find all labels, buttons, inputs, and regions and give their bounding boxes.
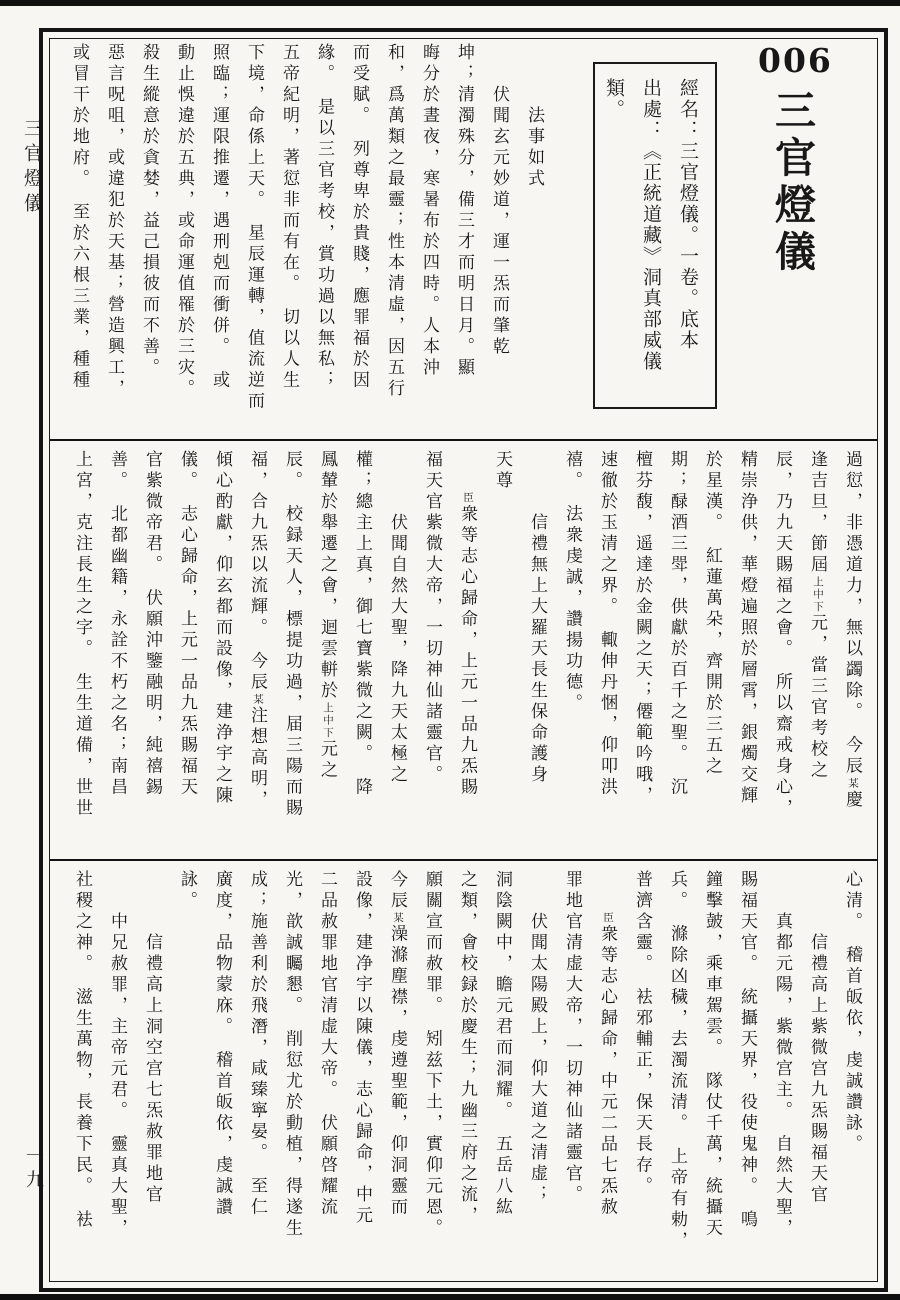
text-column: 和，爲萬類之最靈；性本清虛，因五行 [377, 43, 412, 437]
text-column: 鳳輦於舉遷之會，迴雲軿於上中下元之 [310, 450, 345, 855]
text-column: 伏聞太陽殿上，仰大道之清虚； [520, 870, 555, 1275]
text-column: 五帝紀明，著愆非而有在。 切以人生 [272, 43, 307, 437]
text-column: 出處：《正統道藏》洞真部威儀 [632, 78, 669, 393]
text-column: 天尊 [485, 450, 520, 855]
section-2-columns: 過愆，非憑道力，無以蠲除。 今辰某慶逢吉旦，節屆上中下元，當三官考校之辰，乃九天… [57, 450, 870, 855]
inner-frame: 006 三官燈儀 經名：三官燈儀。一卷。底本出處：《正統道藏》洞真部威儀類。 法… [49, 38, 878, 1282]
page-code: 006 [758, 41, 833, 80]
text-column: 辰。 校録天人，標提功過，届三陽而賜 [275, 450, 310, 855]
text-column: 上宮，克注長生之字。 生生道備，世世 [65, 450, 100, 855]
small-annotation: 某 [847, 778, 858, 791]
text-column: 詠。 [170, 870, 205, 1275]
text-section-1: 006 三官燈儀 經名：三官燈儀。一卷。底本出處：《正統道藏》洞真部威儀類。 法… [50, 39, 877, 441]
text-column: 伏聞玄元妙道，運一炁而肇乾 [482, 43, 517, 437]
text-column: 今辰某澡滌塵襟，虔遵聖範，仰洞靈而 [380, 870, 415, 1275]
text-section-3: 心清。 稽首皈依，虔誠讚詠。 信禮高上紫微宫九炁賜福天官 真都元陽，紫微宫主。 … [50, 861, 877, 1279]
text-column: 殺生縱意於貪婪，益己損彼而不善。 [132, 43, 167, 437]
main-title: 三官燈儀 [767, 89, 817, 277]
text-column: 於星漢。 紅蓮萬朵，齊開於三五之 [695, 450, 730, 855]
small-annotation: 上中下 [812, 576, 823, 614]
text-column: 速徹於玉清之界。 輙伸丹悃，仰叩洪 [590, 450, 625, 855]
small-annotation: 臣 [462, 492, 473, 505]
text-column: 普濟含靈。 袪邪輔正，保天長存。 [625, 870, 660, 1275]
text-column: 精崇浄供，華燈遍照於層霄，銀燭交輝 [730, 450, 765, 855]
small-annotation: 臣 [602, 912, 613, 925]
text-column: 官紫微帝君。 伏願沖鑒融明，純禧錫 [135, 450, 170, 855]
small-annotation: 上中下 [322, 702, 333, 740]
text-column: 坤；清濁殊分，備三才而明日月。顯 [447, 43, 482, 437]
text-column: 光，歆誠矚懇。 削愆尤於動植，得遂生 [275, 870, 310, 1275]
text-column: 儀。 志心歸命，上元一品九炁賜福天 [170, 450, 205, 855]
text-column: 廣度，品物蒙庥。 稽首皈依，虔誠讚 [205, 870, 240, 1275]
text-column: 願關宣而赦罪。 矧兹下土，實仰元恩。 [415, 870, 450, 1275]
section-1-columns: 法事如式 伏聞玄元妙道，運一炁而肇乾坤；清濁殊分，備三才而明日月。顯晦分於晝夜，… [50, 43, 552, 437]
small-annotation: 某 [252, 694, 263, 707]
text-column: 經名：三官燈儀。一卷。底本 [669, 78, 706, 393]
text-column: 逢吉旦，節屆上中下元，當三官考校之 [800, 450, 835, 855]
text-column: 下境，命係上天。 星辰運轉，值流逆而 [237, 43, 272, 437]
small-annotation: 某 [392, 912, 403, 925]
text-column: 過愆，非憑道力，無以蠲除。 今辰某慶 [835, 450, 870, 855]
text-column: 福天官紫微大帝，一切神仙諸靈官。 [415, 450, 450, 855]
text-column: 真都元陽，紫微宫主。 自然大聖， [765, 870, 800, 1275]
text-column: 兵。 滌除凶穢，去濁流清。 上帝有勅， [660, 870, 695, 1275]
text-column: 傾心酌獻，仰玄都而設像，建浄宇之陳 [205, 450, 240, 855]
text-column: 中兄赦罪，主帝元君。 靈真大聖， [100, 870, 135, 1275]
text-column: 賜福天官。 統攝天界，役使鬼神。 鳴 [730, 870, 765, 1275]
colophon-box: 經名：三官燈儀。一卷。底本出處：《正統道藏》洞真部威儀類。 [593, 62, 717, 409]
text-column: 設像，建净宇以陳儀，志心歸命，中元 [345, 870, 380, 1275]
text-column: 信禮高上洞空宫七炁赦罪地官 [135, 870, 170, 1275]
text-column: 臣衆等志心歸命，中元二品七炁赦 [590, 870, 625, 1275]
text-column: 社稷之神。 滋生萬物，長養下民。 袪 [65, 870, 100, 1275]
text-column: 禧。 法衆虔誠，讚揚功德。 [555, 450, 590, 855]
text-column: 照臨；運限推遷，遇刑剋而衝併。 或 [202, 43, 237, 437]
text-column: 之類，會校録於慶生；九幽三府之流， [450, 870, 485, 1275]
text-column: 惡言呪咀，或違犯於天基；營造興工， [97, 43, 132, 437]
text-column: 成；施善利於飛潛，咸臻寧晏。 至仁 [240, 870, 275, 1275]
text-column: 或冒干於地府。 至於六根三業，種種 [62, 43, 97, 437]
scan-edge-bottom [0, 1294, 900, 1300]
text-column: 法事如式 [517, 43, 552, 437]
text-column: 心清。 稽首皈依，虔誠讚詠。 [835, 870, 870, 1275]
scan-edge-top [0, 0, 900, 6]
text-column: 鐘擊皷，乘車駕雲。 隊仗千萬，統攝天 [695, 870, 730, 1275]
text-column: 辰，乃九天賜福之會。 所以齋戒身心， [765, 450, 800, 855]
scanned-page: 三官燈儀 一九 006 三官燈儀 經名：三官燈儀。一卷。底本出處：《正統道藏》洞… [0, 0, 900, 1300]
text-column: 而受賦。 列尊卑於貴賤，應罪福於因 [342, 43, 377, 437]
text-column: 洞陰闕中，瞻元君而洞耀。 五岳八紘 [485, 870, 520, 1275]
text-column: 福，合九炁以流輝。 今辰某注想高明， [240, 450, 275, 855]
text-column: 善。 北都幽籍，永詮不朽之名；南昌 [100, 450, 135, 855]
text-column: 臣衆等志心歸命，上元一品九炁賜 [450, 450, 485, 855]
text-column: 二品赦罪地官清虚大帝。 伏願啓耀流 [310, 870, 345, 1275]
text-column: 信禮無上大羅天長生保命護身 [520, 450, 555, 855]
text-column: 期；醁酒三斝，供獻於百千之聖。 沉 [660, 450, 695, 855]
text-column: 動止悞違於五典，或命運值罹於三灾。 [167, 43, 202, 437]
text-column: 檀芬馥，遥達於金闕之天；僊範吟哦， [625, 450, 660, 855]
outer-frame: 006 三官燈儀 經名：三官燈儀。一卷。底本出處：《正統道藏》洞真部威儀類。 法… [39, 28, 888, 1292]
text-column: 權；總主上真，御七寶紫微之闕。 降 [345, 450, 380, 855]
text-column: 晦分於晝夜，寒暑布於四時。人本沖 [412, 43, 447, 437]
text-column: 類。 [595, 78, 632, 393]
text-column: 罪地官清虚大帝，一切神仙諸靈官。 [555, 870, 590, 1275]
text-column: 信禮高上紫微宫九炁賜福天官 [800, 870, 835, 1275]
text-section-2: 過愆，非憑道力，無以蠲除。 今辰某慶逢吉旦，節屆上中下元，當三官考校之辰，乃九天… [50, 441, 877, 861]
section-3-columns: 心清。 稽首皈依，虔誠讚詠。 信禮高上紫微宫九炁賜福天官 真都元陽，紫微宫主。 … [57, 870, 870, 1275]
text-column: 伏聞自然大聖，降九天太極之 [380, 450, 415, 855]
text-column: 緣。 是以三官考校，賞功過以無私； [307, 43, 342, 437]
